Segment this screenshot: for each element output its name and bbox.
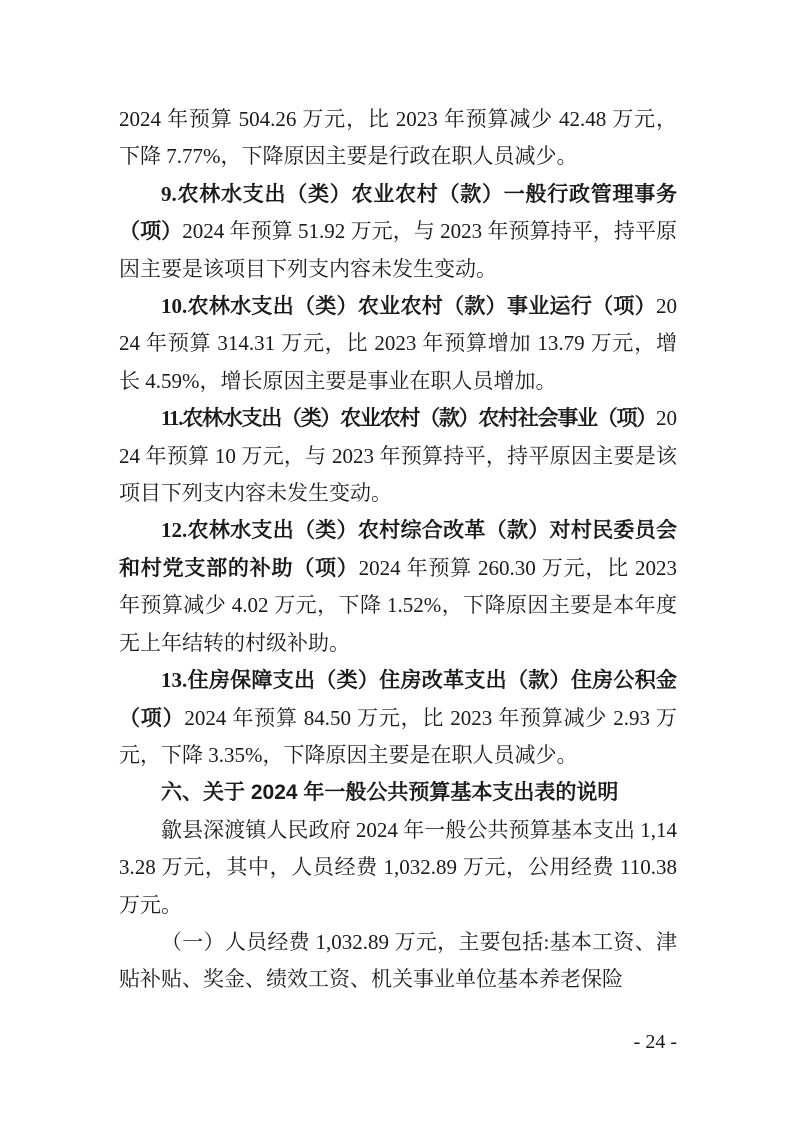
- item-10-title: 10.农林水支出（类）农业农村（款）事业运行（项）: [161, 294, 656, 318]
- personnel-expense-text: （一）人员经费 1,032.89 万元，主要包括:基本工资、津贴补贴、奖金、绩效…: [119, 930, 677, 991]
- summary-text: 歙县深渡镇人民政府 2024 年一般公共预算基本支出 1,143.28 万元，其…: [119, 818, 677, 917]
- paragraph-item-13: 13.住房保障支出（类）住房改革支出（款）住房公积金（项）2024 年预算 84…: [119, 662, 677, 774]
- paragraph-item-10: 10.农林水支出（类）农业农村（款）事业运行（项）2024 年预算 314.31…: [119, 288, 677, 400]
- paragraph-text: 2024 年预算 504.26 万元，比 2023 年预算减少 42.48 万元…: [119, 107, 677, 168]
- paragraph-continuation: 2024 年预算 504.26 万元，比 2023 年预算减少 42.48 万元…: [119, 101, 677, 176]
- page-number: - 24 -: [634, 1031, 677, 1054]
- item-9-body: 2024 年预算 51.92 万元，与 2023 年预算持平，持平原因主要是该项…: [119, 219, 677, 280]
- item-13-body: 2024 年预算 84.50 万元，比 2023 年预算减少 2.93 万元，下…: [119, 706, 677, 767]
- document-body: 2024 年预算 504.26 万元，比 2023 年预算减少 42.48 万元…: [119, 101, 677, 999]
- section-heading: 六、关于 2024 年一般公共预算基本支出表的说明: [119, 774, 677, 811]
- paragraph-item-12: 12.农林水支出（类）农村综合改革（款）对村民委员会和村党支部的补助（项）202…: [119, 512, 677, 662]
- paragraph-item-9: 9.农林水支出（类）农业农村（款）一般行政管理事务（项）2024 年预算 51.…: [119, 176, 677, 288]
- paragraph-basic-expenditure-summary: 歙县深渡镇人民政府 2024 年一般公共预算基本支出 1,143.28 万元，其…: [119, 812, 677, 924]
- document-page: 2024 年预算 504.26 万元，比 2023 年预算减少 42.48 万元…: [0, 0, 793, 1122]
- paragraph-personnel-expense: （一）人员经费 1,032.89 万元，主要包括:基本工资、津贴补贴、奖金、绩效…: [119, 924, 677, 999]
- paragraph-item-11: 11.农林水支出（类）农业农村（款）农村社会事业（项）2024 年预算 10 万…: [119, 400, 677, 512]
- item-11-title: 11.农林水支出（类）农业农村（款）农村社会事业（项）: [161, 406, 656, 430]
